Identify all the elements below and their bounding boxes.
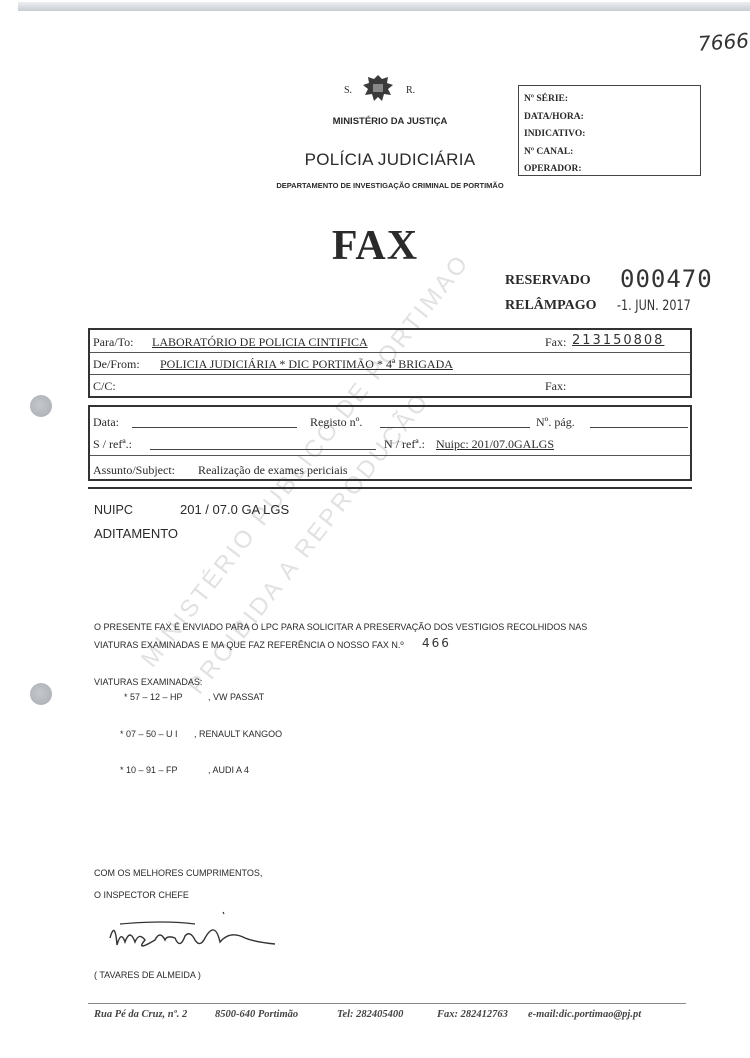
footer-email: e-mail:dic.portimao@pj.pt <box>528 1009 641 1020</box>
date-label: Data: <box>93 415 119 430</box>
scan-edge <box>18 2 750 11</box>
punch-hole <box>30 683 52 705</box>
reference-box: Data: Registo nº. Nº. pág. S / refª.: N … <box>88 405 692 481</box>
reservado-number: 000470 <box>620 265 713 293</box>
from-value: POLICIA JUDICIÁRIA * DIC PORTIMÃO * 4ª B… <box>160 357 453 372</box>
date-time-label: DATA/HORA: <box>524 109 695 127</box>
body-paragraph-line-2: VIATURAS EXAMINADAS E MA QUE FAZ REFERÊN… <box>94 640 404 650</box>
relampago-label: RELÂMPAGO <box>505 298 597 314</box>
reservado-label: RESERVADO <box>505 273 591 289</box>
serial-number-label: Nº SÉRIE: <box>524 91 695 109</box>
nuipc-label: NUIPC <box>94 503 133 517</box>
sref-label: S / refª.: <box>93 437 132 452</box>
to-label: Para/To: <box>93 335 133 350</box>
section-divider <box>88 487 692 489</box>
vehicle-model: , AUDI A 4 <box>208 765 249 775</box>
page-number-label: Nº. pág. <box>536 415 575 430</box>
ministry-name: MINISTÉRIO DA JUSTIÇA <box>300 116 480 127</box>
vehicle-plate: * 07 – 50 – U I <box>120 729 178 739</box>
signature-icon <box>105 910 285 960</box>
footer-tel: Tel: 282405400 <box>337 1009 403 1020</box>
subject-label: Assunto/Subject: <box>93 463 175 478</box>
indicative-label: INDICATIVO: <box>524 126 695 144</box>
signatory-name: ( TAVARES DE ALMEIDA ) <box>94 970 201 980</box>
crest-label-r: R. <box>406 85 415 96</box>
crest-label-s: S. <box>344 85 352 96</box>
subject-value: Realização de exames periciais <box>198 463 348 478</box>
relampago-date-stamp: -1. JUN. 2017 <box>617 298 691 314</box>
organization-name: POLÍCIA JUDICIÁRIA <box>270 150 510 170</box>
handwritten-page-number: 7666 <box>697 28 749 55</box>
transmission-info-box: Nº SÉRIE: DATA/HORA: INDICATIVO: Nº CANA… <box>518 85 701 176</box>
to-value: LABORATÓRIO DE POLICIA CINTIFICA <box>152 335 368 350</box>
nref-label: N / refª.: <box>384 437 425 452</box>
body-paragraph-line-1: O PRESENTE FAX É ENVIADO PARA O LPC PARA… <box>94 622 587 632</box>
aditamento-heading: ADITAMENTO <box>94 526 178 541</box>
punch-hole <box>30 395 52 417</box>
cc-label: C/C: <box>93 379 116 394</box>
registo-label: Registo nº. <box>310 415 362 430</box>
footer-fax: Fax: 282412763 <box>437 1009 508 1020</box>
document-title: FAX <box>300 222 450 270</box>
footer-address: Rua Pé da Cruz, nº. 2 <box>94 1009 187 1020</box>
operator-label: OPERADOR: <box>524 161 695 179</box>
to-fax-value: 213150808 <box>572 333 664 348</box>
fax-reference-handwritten: 466 <box>422 636 451 650</box>
sref-field <box>150 439 376 450</box>
department-name: DEPARTAMENTO DE INVESTIGAÇÃO CRIMINAL DE… <box>235 181 545 190</box>
nuipc-value: 201 / 07.0 GA LGS <box>180 502 289 517</box>
signatory-title: O INSPECTOR CHEFE <box>94 890 189 900</box>
routing-box: Para/To: LABORATÓRIO DE POLICIA CINTIFIC… <box>88 328 692 398</box>
vehicle-plate: * 57 – 12 – HP <box>124 692 183 702</box>
footer-divider <box>88 1003 686 1004</box>
vehicle-plate: * 10 – 91 – FP <box>120 765 178 775</box>
vehicle-model: , RENAULT KANGOO <box>194 729 282 739</box>
page-number-field <box>590 417 688 428</box>
closing-line: COM OS MELHORES CUMPRIMENTOS, <box>94 868 262 878</box>
coat-of-arms-icon <box>361 73 395 103</box>
date-field <box>132 417 297 428</box>
registo-field <box>380 417 530 428</box>
vehicle-model: , VW PASSAT <box>208 692 264 702</box>
nref-value: Nuipc: 201/07.0GALGS <box>436 437 554 452</box>
footer-postal: 8500-640 Portimão <box>215 1009 298 1020</box>
to-fax-label: Fax: <box>545 335 566 350</box>
cc-fax-label: Fax: <box>545 379 566 394</box>
from-label: De/From: <box>93 357 140 372</box>
vehicles-heading: VIATURAS EXAMINADAS: <box>94 677 202 687</box>
channel-label: Nº CANAL: <box>524 144 695 162</box>
